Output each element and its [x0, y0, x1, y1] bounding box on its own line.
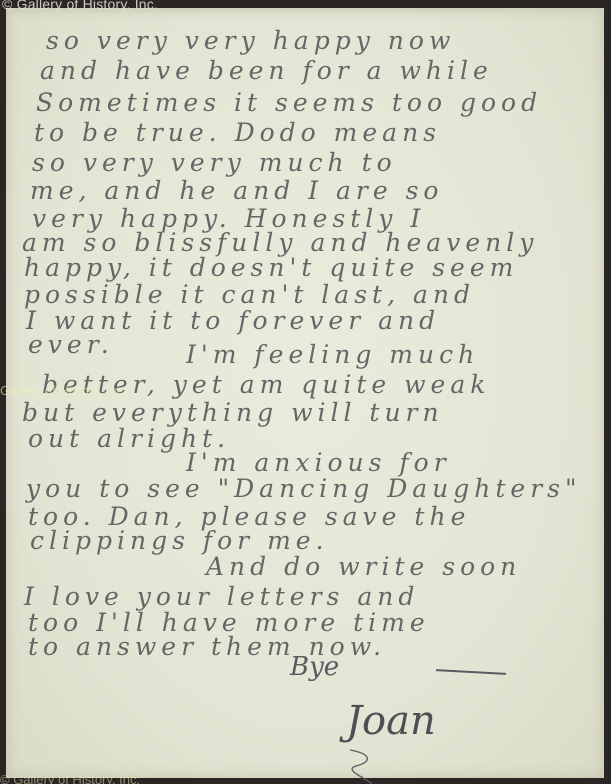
letter-line: I'm feeling much — [186, 340, 479, 369]
signature: Joan — [346, 698, 436, 744]
letter-line: but everything will turn — [22, 398, 444, 427]
copyright-watermark-bottom: © Gallery of History, Inc. — [0, 772, 140, 784]
closing-text: Bye — [290, 652, 339, 682]
letter-line: and have been for a while — [40, 56, 493, 85]
letter-line: you to see "Dancing Daughters" — [26, 474, 582, 503]
letter-line: possible it can't last, and — [24, 280, 475, 309]
letter-line: to be true. Dodo means — [34, 118, 441, 147]
letter-line: so very very much to — [32, 148, 397, 177]
closing-dash — [436, 669, 506, 675]
letter-line: me, and he and I are so — [30, 176, 443, 205]
letter-line: Sometimes it seems too good — [36, 88, 542, 117]
letter-line: happy, it doesn't quite seem — [24, 253, 518, 282]
letter-line: I'm anxious for — [186, 448, 451, 477]
signature-flourish-icon — [342, 748, 402, 784]
letter-line: I love your letters and — [24, 582, 419, 611]
letter-line: ever. — [28, 330, 114, 359]
letter-line: so very very happy now — [46, 26, 455, 55]
copyright-watermark-top: © Gallery of History, Inc. — [2, 0, 158, 12]
letter-line: clippings for me. — [30, 526, 329, 555]
copyright-watermark-middle: Gallery of History, Inc. — [0, 383, 127, 398]
letter-line: And do write soon — [206, 552, 521, 581]
